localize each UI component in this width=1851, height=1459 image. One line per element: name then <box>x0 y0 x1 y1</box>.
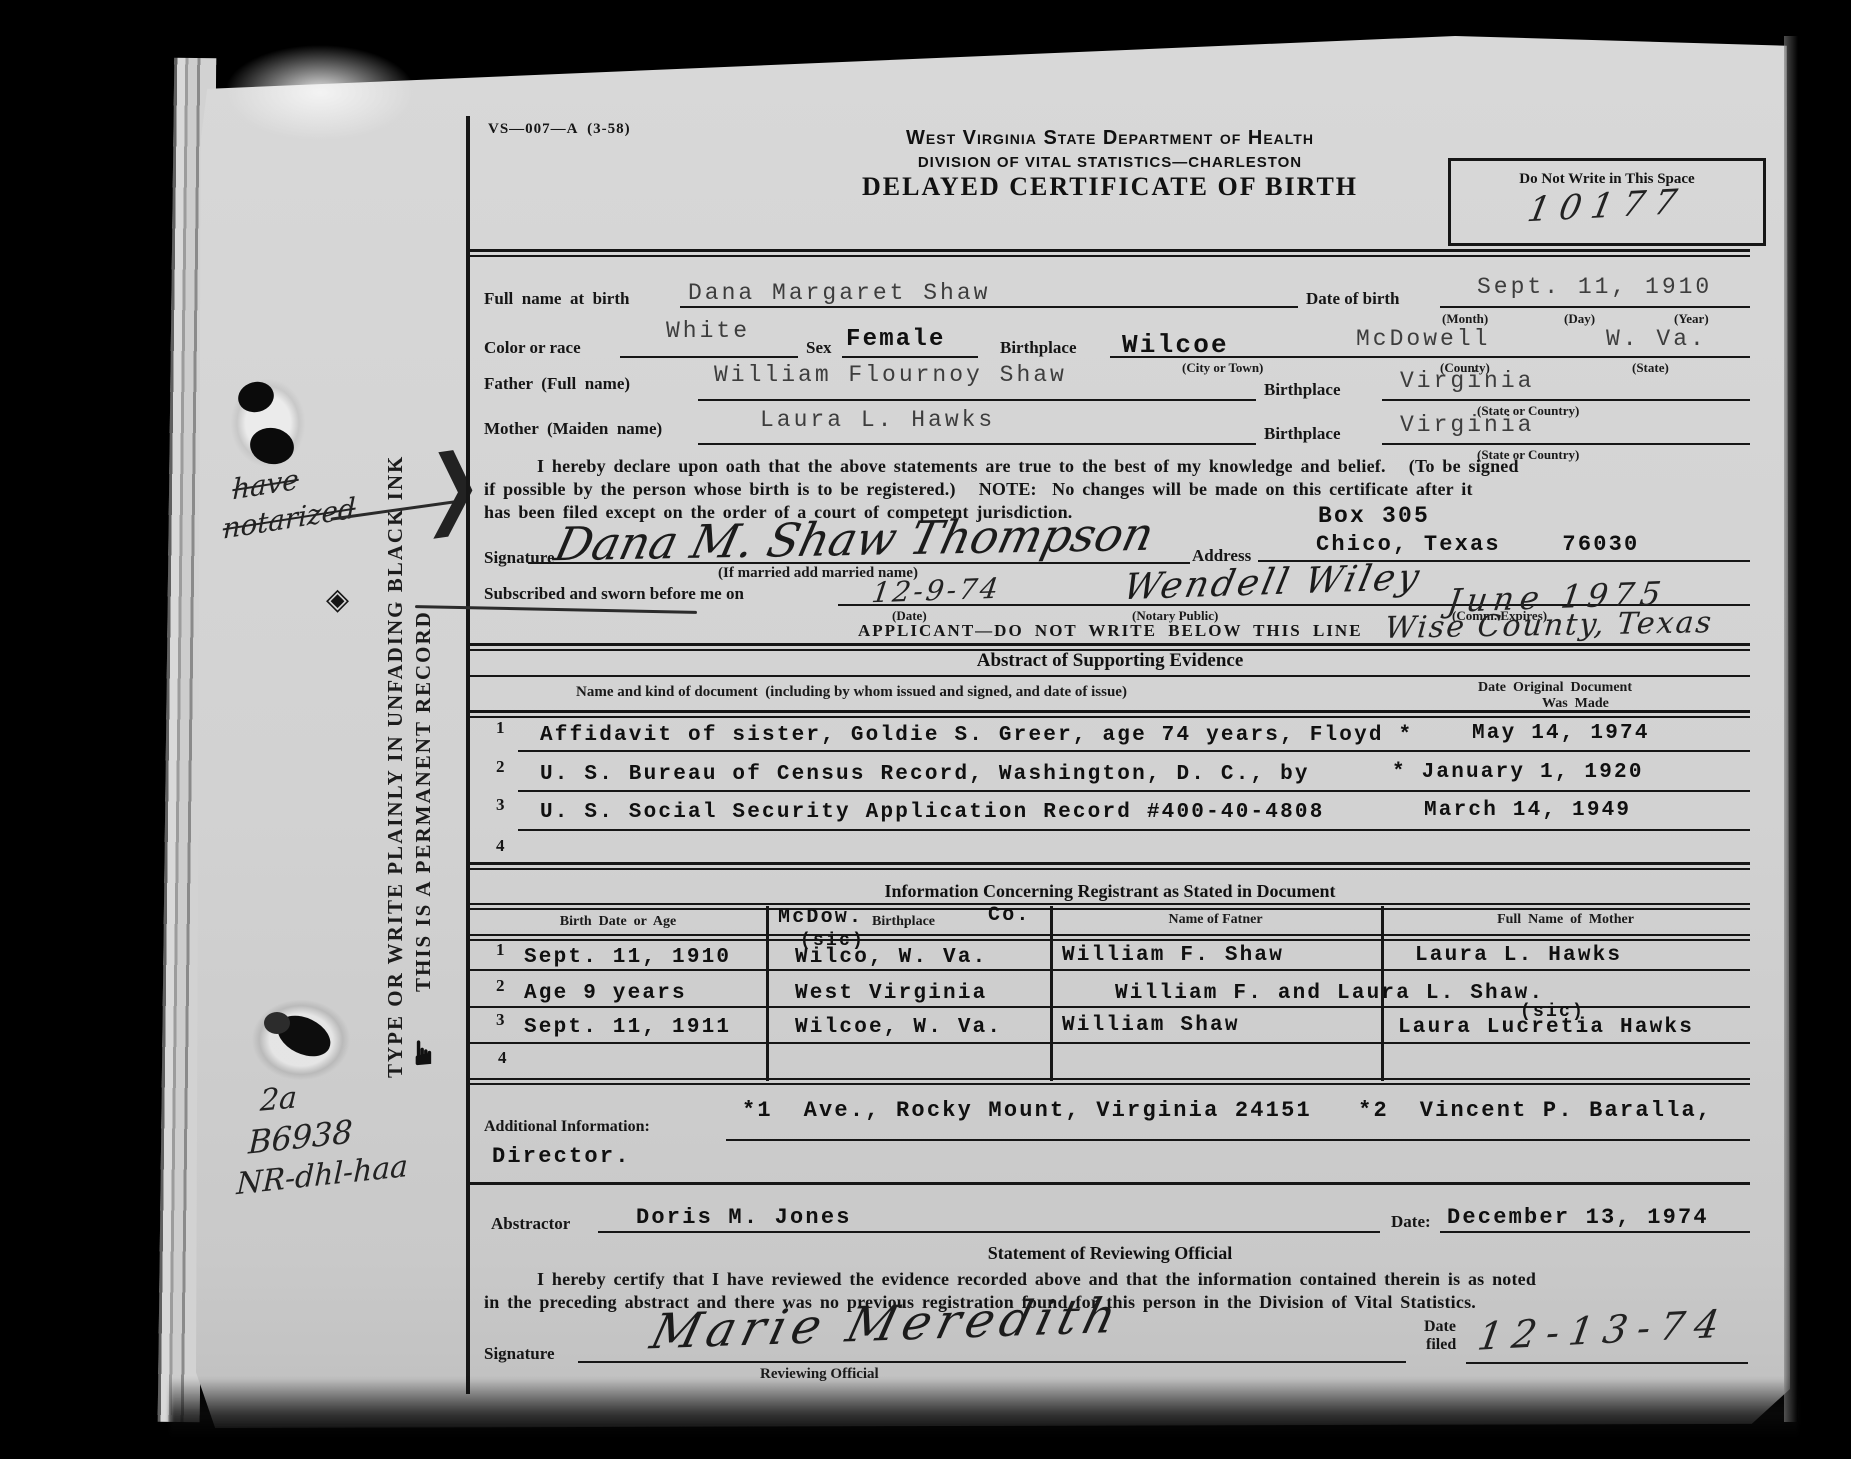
evidence-row-date: March 14, 1949 <box>1424 799 1631 822</box>
abstractor-line <box>598 1231 1380 1233</box>
department-title: West Virginia State Department of Health <box>470 127 1750 150</box>
margin-instruction-text: TYPE OR WRITE PLAINLY IN UNFADING BLACK … <box>383 455 408 1078</box>
race-line <box>620 356 798 358</box>
evidence-row-line <box>518 790 1750 792</box>
evidence-header-divider <box>470 710 1750 718</box>
pointing-hand-icon: ☛ <box>404 1038 444 1068</box>
col-birthplace-typed-left: McDow. <box>778 906 863 929</box>
full-name-label: Full name at birth <box>484 289 629 309</box>
evidence-row-number: 2 <box>496 757 505 777</box>
address-value: Chico, Texas 76030 <box>1316 532 1639 557</box>
dob-label: Date of birth <box>1306 289 1399 309</box>
abstractor-label: Abstractor <box>491 1214 570 1234</box>
registrant-father: William Shaw <box>1062 1014 1240 1037</box>
father-birthplace-value: Virginia <box>1400 368 1534 394</box>
evidence-row-number: 1 <box>496 718 505 738</box>
mother-value: Laura L. Hawks <box>760 407 995 433</box>
day-label: (Day) <box>1564 311 1595 327</box>
evidence-row-text: U. S. Bureau of Census Record, Washingto… <box>540 763 1310 786</box>
birthplace-label: Birthplace <box>1000 338 1077 358</box>
registrant-row-number: 2 <box>496 976 505 996</box>
registrant-father: William F. Shaw <box>1062 944 1284 967</box>
dob-line <box>1440 306 1750 308</box>
registrant-title: Information Concerning Registrant as Sta… <box>470 881 1750 902</box>
registrant-birth: Age 9 years <box>524 982 687 1005</box>
union-printer-mark-icon: ◈ <box>326 582 349 617</box>
state-value: W. Va. <box>1606 326 1707 352</box>
sex-value: Female <box>846 326 946 353</box>
paper-bottom-shadow <box>170 1378 1798 1438</box>
father-birthplace-line <box>1382 399 1750 401</box>
certify-line-1: I hereby certify that I have reviewed th… <box>537 1269 1536 1290</box>
father-label: Father (Full name) <box>484 374 630 394</box>
evidence-row-date: * January 1, 1920 <box>1392 761 1644 784</box>
date-filed-line <box>1466 1362 1748 1364</box>
sworn-label: Subscribed and sworn before me on <box>484 584 744 604</box>
evidence-row-line <box>518 829 1750 831</box>
father-line <box>698 399 1256 401</box>
evidence-row-number: 4 <box>496 836 505 856</box>
evidence-title-line <box>470 675 1750 677</box>
evidence-title: Abstract of Supporting Evidence <box>470 650 1750 672</box>
father-value: William Flournoy Shaw <box>714 362 1067 388</box>
registrant-mother: Laura L. Hawks <box>1415 944 1622 967</box>
additional-info-value-1: *1 Ave., Rocky Mount, Virginia 24151 *2 … <box>742 1098 1712 1123</box>
evidence-row-text: U. S. Social Security Application Record… <box>540 801 1325 824</box>
month-label: (Month) <box>1442 311 1488 327</box>
city-town-label: (City or Town) <box>1182 360 1263 376</box>
full-name-value: Dana Margaret Shaw <box>688 280 990 306</box>
punch-smudge <box>218 364 318 482</box>
col-birthplace-typed-right: Co. <box>988 904 1031 927</box>
mother-line <box>698 443 1256 445</box>
applicant-warning: APPLICANT—DO NOT WRITE BELOW THIS LINE <box>858 621 1363 641</box>
evidence-doc-header: Name and kind of document (including by … <box>576 684 1127 701</box>
evidence-row-number: 3 <box>496 795 505 815</box>
birthplace-line <box>1110 356 1750 358</box>
registrant-header-divider <box>470 934 1750 941</box>
registrant-place: Wilcoe, W. Va. <box>795 1016 1002 1039</box>
col-birthdate-header: Birth Date or Age <box>470 914 766 930</box>
margin-permanent-record-text: THIS IS A PERMANENT RECORD <box>411 610 436 992</box>
registrant-bottom-divider <box>470 1078 1750 1085</box>
date-filed-label-2: filed <box>1426 1336 1456 1354</box>
date-filed-label-1: Date <box>1424 1318 1456 1336</box>
margin-code-2a: 2a <box>259 1080 298 1119</box>
reviewing-signature-label: Signature <box>484 1344 555 1364</box>
full-name-line <box>680 306 1298 308</box>
mother-birthplace-value: Virginia <box>1400 412 1534 438</box>
signature-label: Signature <box>484 548 555 568</box>
sex-label: Sex <box>806 338 832 358</box>
evidence-bottom-divider <box>470 862 1750 870</box>
declaration-line-2: if possible by the person whose birth is… <box>484 479 1473 500</box>
registrant-place: West Virginia <box>795 982 987 1005</box>
abstract-date-label: Date: <box>1391 1212 1431 1232</box>
mother-birthplace-label: Birthplace <box>1264 424 1341 444</box>
reviewing-title: Statement of Reviewing Official <box>470 1243 1750 1264</box>
state-label: (State) <box>1632 360 1669 376</box>
registrant-top-divider <box>470 903 1750 910</box>
col-mother-header: Full Name of Mother <box>1381 912 1750 928</box>
punch-hole <box>264 1012 290 1034</box>
mother-birthplace-line <box>1382 443 1750 445</box>
col-birthplace-header: Birthplace <box>872 914 935 930</box>
paper-corner-highlight <box>225 45 415 140</box>
father-birthplace-label: Birthplace <box>1264 380 1341 400</box>
evidence-row-line <box>518 750 1750 752</box>
registrant-father: William F. and Laura L. Shaw. <box>1115 982 1544 1005</box>
header-divider <box>470 249 1750 257</box>
registrant-mother: Laura Lucretia Hawks <box>1398 1016 1694 1039</box>
evidence-date-header-1: Date Original Document <box>1478 680 1632 696</box>
dob-value: Sept. 11, 1910 <box>1477 274 1712 300</box>
mother-label: Mother (Maiden name) <box>484 419 662 439</box>
reviewing-signature-line <box>578 1361 1406 1363</box>
registrant-place: Wilco, W. Va. <box>795 946 987 969</box>
registrant-row-number: 4 <box>498 1048 507 1068</box>
additional-info-value-2: Director. <box>492 1144 631 1169</box>
registrant-row-line <box>470 969 1750 971</box>
table-divider <box>766 906 769 1081</box>
race-value: White <box>666 318 750 344</box>
paper-right-edge <box>1784 36 1798 1422</box>
registrant-row-number: 1 <box>496 940 505 960</box>
county-handwritten: Wise County, Texas <box>1383 605 1714 646</box>
declaration-line-1: I hereby declare upon oath that the abov… <box>537 456 1519 477</box>
scanned-birth-certificate: TYPE OR WRITE PLAINLY IN UNFADING BLACK … <box>0 0 1851 1459</box>
additional-info-label: Additional Information: <box>484 1118 650 1136</box>
abstractor-value: Doris M. Jones <box>636 1205 852 1230</box>
sex-line <box>842 356 978 358</box>
year-label: (Year) <box>1674 311 1709 327</box>
col-father-header: Name of Fatner <box>1050 912 1381 928</box>
evidence-row-date: May 14, 1974 <box>1472 722 1650 745</box>
additional-section-line <box>470 1182 1750 1185</box>
registrant-birth: Sept. 11, 1911 <box>524 1016 731 1039</box>
abstract-date-value: December 13, 1974 <box>1447 1205 1709 1230</box>
registrant-row-line <box>470 1042 1750 1044</box>
abstract-date-line <box>1440 1231 1750 1233</box>
signature-line <box>528 562 1190 564</box>
registrant-birth: Sept. 11, 1910 <box>524 946 731 969</box>
box-305-value: Box 305 <box>1318 503 1430 529</box>
table-divider <box>1050 906 1053 1081</box>
additional-info-line <box>726 1139 1750 1141</box>
form-left-border <box>466 116 470 1394</box>
county-value: McDowell <box>1356 326 1490 352</box>
race-label: Color or race <box>484 338 581 358</box>
evidence-row-text: Affidavit of sister, Goldie S. Greer, ag… <box>540 724 1413 747</box>
registrant-row-number: 3 <box>496 1010 505 1030</box>
